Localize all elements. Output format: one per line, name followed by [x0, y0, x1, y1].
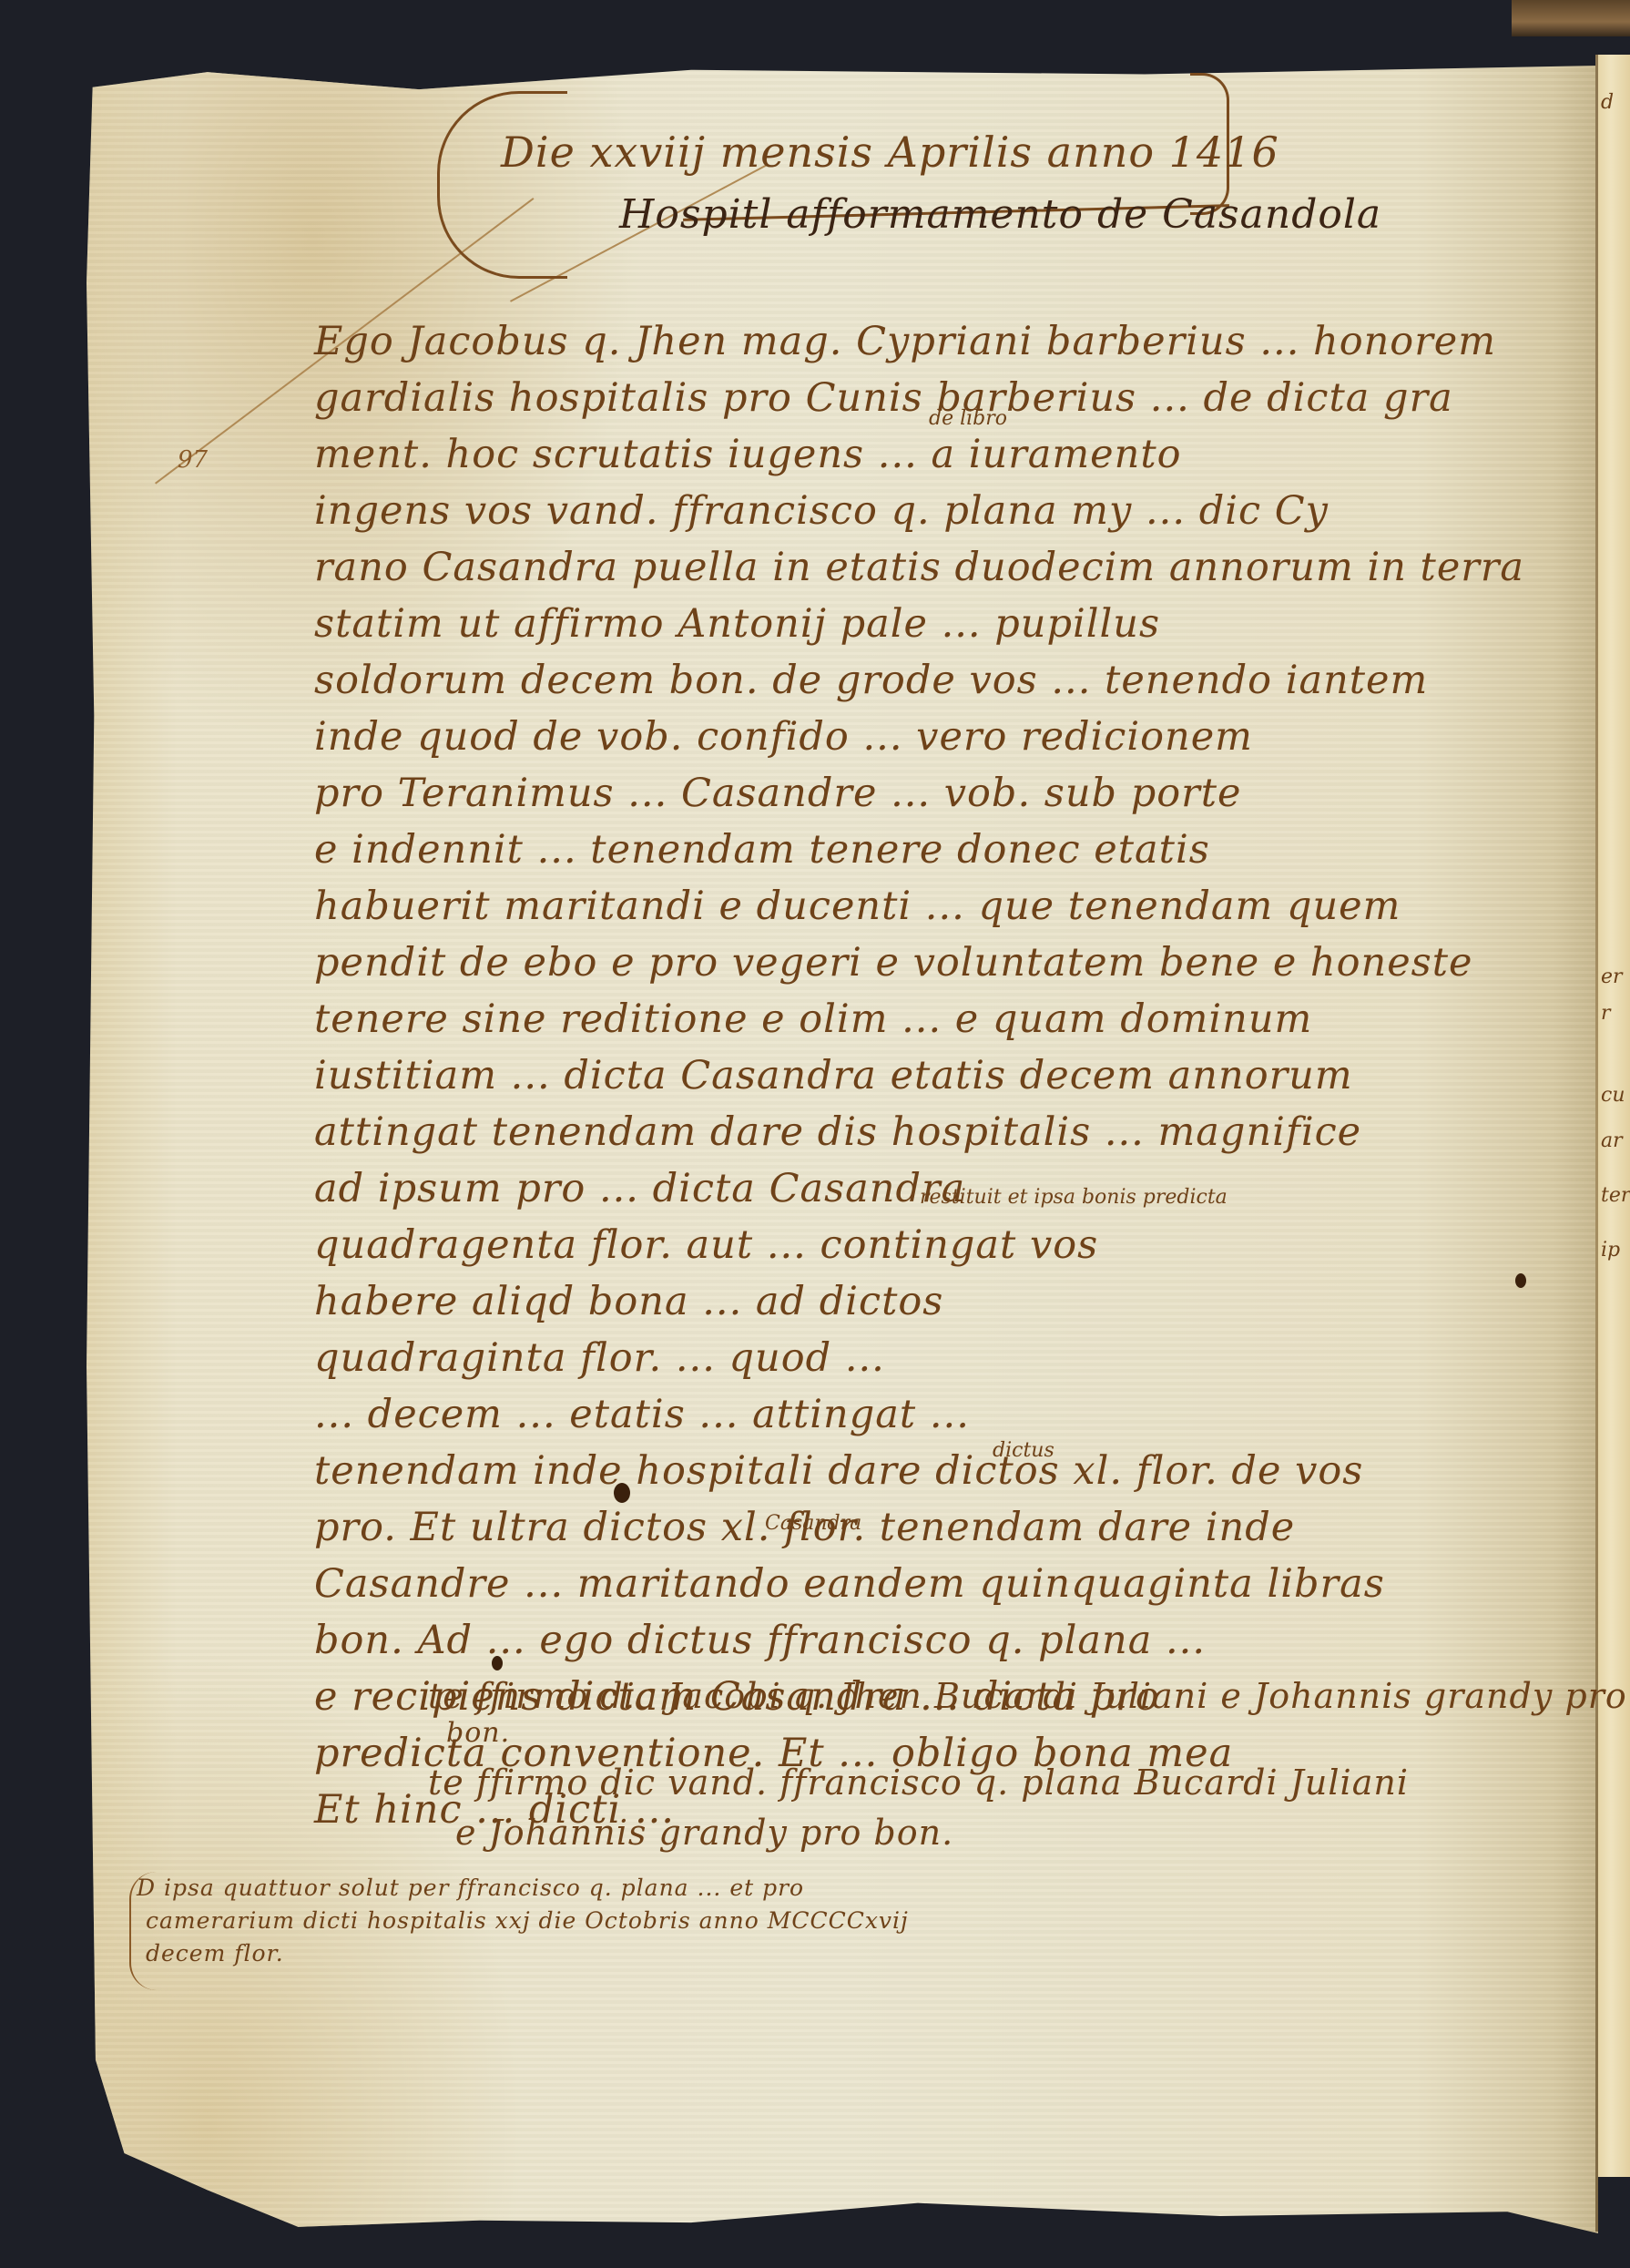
- interlinear-insertion: de libro: [929, 407, 1007, 430]
- heading-title-line: Hospitl afformamento de Casandola: [619, 191, 1381, 238]
- body-line: habere aliqd bona ... ad dictos: [314, 1274, 943, 1329]
- footnote: D ipsa quattuor solut per ffrancisco q. …: [137, 1872, 909, 1970]
- heading-bracket-left: [437, 91, 567, 279]
- witness-line: te ffirmo dic vand. ffrancisco q. plana …: [428, 1762, 1409, 1803]
- body-line: tenere sine reditione e olim ... e quam …: [314, 992, 1312, 1047]
- adjacent-fragment: r: [1601, 1002, 1611, 1025]
- footnote-line: camerarium dicti hospitalis xxj die Octo…: [137, 1905, 909, 1937]
- body-line: iustitiam ... dicta Casandra etatis dece…: [314, 1048, 1353, 1103]
- body-line: statim ut affirmo Antonij pale ... pupil…: [314, 597, 1160, 651]
- witness-line: bon.: [446, 1717, 510, 1749]
- body-line: pendit de ebo e pro vegeri e voluntatem …: [314, 935, 1472, 990]
- adjacent-fragment: ar: [1601, 1129, 1623, 1152]
- body-line: quadraginta flor. ... quod ...: [314, 1331, 885, 1385]
- body-line: ad ipsum pro ... dicta Casandra: [314, 1161, 965, 1216]
- body-line: ingens vos vand. ffrancisco q. plana my …: [314, 484, 1329, 538]
- body-line: tenendam inde hospitali dare dictos xl. …: [314, 1444, 1363, 1498]
- body-line: e indennit ... tenendam tenere donec eta…: [314, 822, 1210, 877]
- body-line: rano Casandra puella in etatis duodecim …: [314, 540, 1524, 595]
- witness-line: te ffirmo dic Jacobi q. Jhen Bucardi Jul…: [428, 1676, 1627, 1716]
- body-line: quadragenta flor. aut ... contingat vos: [314, 1218, 1098, 1272]
- interlinear-insertion: dictus: [993, 1439, 1054, 1462]
- heading-date-line: Die xxviij mensis Aprilis anno 1416: [501, 128, 1279, 177]
- body-line: inde quod de vob. confido ... vero redic…: [314, 710, 1253, 764]
- adjacent-fragment: d: [1601, 91, 1614, 114]
- body-line: bon. Ad ... ego dictus ffrancisco q. pla…: [314, 1613, 1206, 1668]
- body-line: pro Teranimus ... Casandre ... vob. sub …: [314, 766, 1241, 821]
- witness-line: e Johannis grandy pro bon.: [455, 1813, 953, 1853]
- adjacent-fragment: ter: [1601, 1184, 1630, 1207]
- footnote-line: decem flor.: [137, 1937, 909, 1970]
- binding-spine: [1512, 0, 1630, 36]
- ink-blot: [1515, 1273, 1526, 1288]
- interlinear-insertion: restituit et ipsa bonis predicta: [920, 1186, 1228, 1209]
- body-line: ... decem ... etatis ... attingat ...: [314, 1387, 970, 1442]
- footnote-line: D ipsa quattuor solut per ffrancisco q. …: [137, 1872, 909, 1905]
- body-line: habuerit maritandi e ducenti ... que ten…: [314, 879, 1401, 934]
- ink-blot: [614, 1483, 630, 1503]
- body-line: attingat tenendam dare dis hospitalis ..…: [314, 1105, 1361, 1160]
- body-line: Casandre ... maritando eandem quinquagin…: [314, 1557, 1385, 1611]
- adjacent-fragment: ip: [1601, 1239, 1620, 1262]
- adjacent-fragment: cu: [1601, 1084, 1625, 1107]
- margin-mark: 97: [178, 446, 208, 474]
- body-line: soldorum decem bon. de grode vos ... ten…: [314, 653, 1428, 708]
- body-line: Ego Jacobus q. Jhen mag. Cypriani barber…: [314, 314, 1496, 369]
- adjacent-fragment: er: [1601, 965, 1623, 988]
- ink-blot: [492, 1656, 503, 1670]
- body-line: gardialis hospitalis pro Cunis barberius…: [314, 371, 1453, 425]
- adjacent-page-strip: d er r cu ar ter ip: [1598, 55, 1630, 2177]
- body-line: ment. hoc scrutatis iugens ... a iuramen…: [314, 427, 1182, 482]
- interlinear-insertion: Casandra: [765, 1512, 861, 1535]
